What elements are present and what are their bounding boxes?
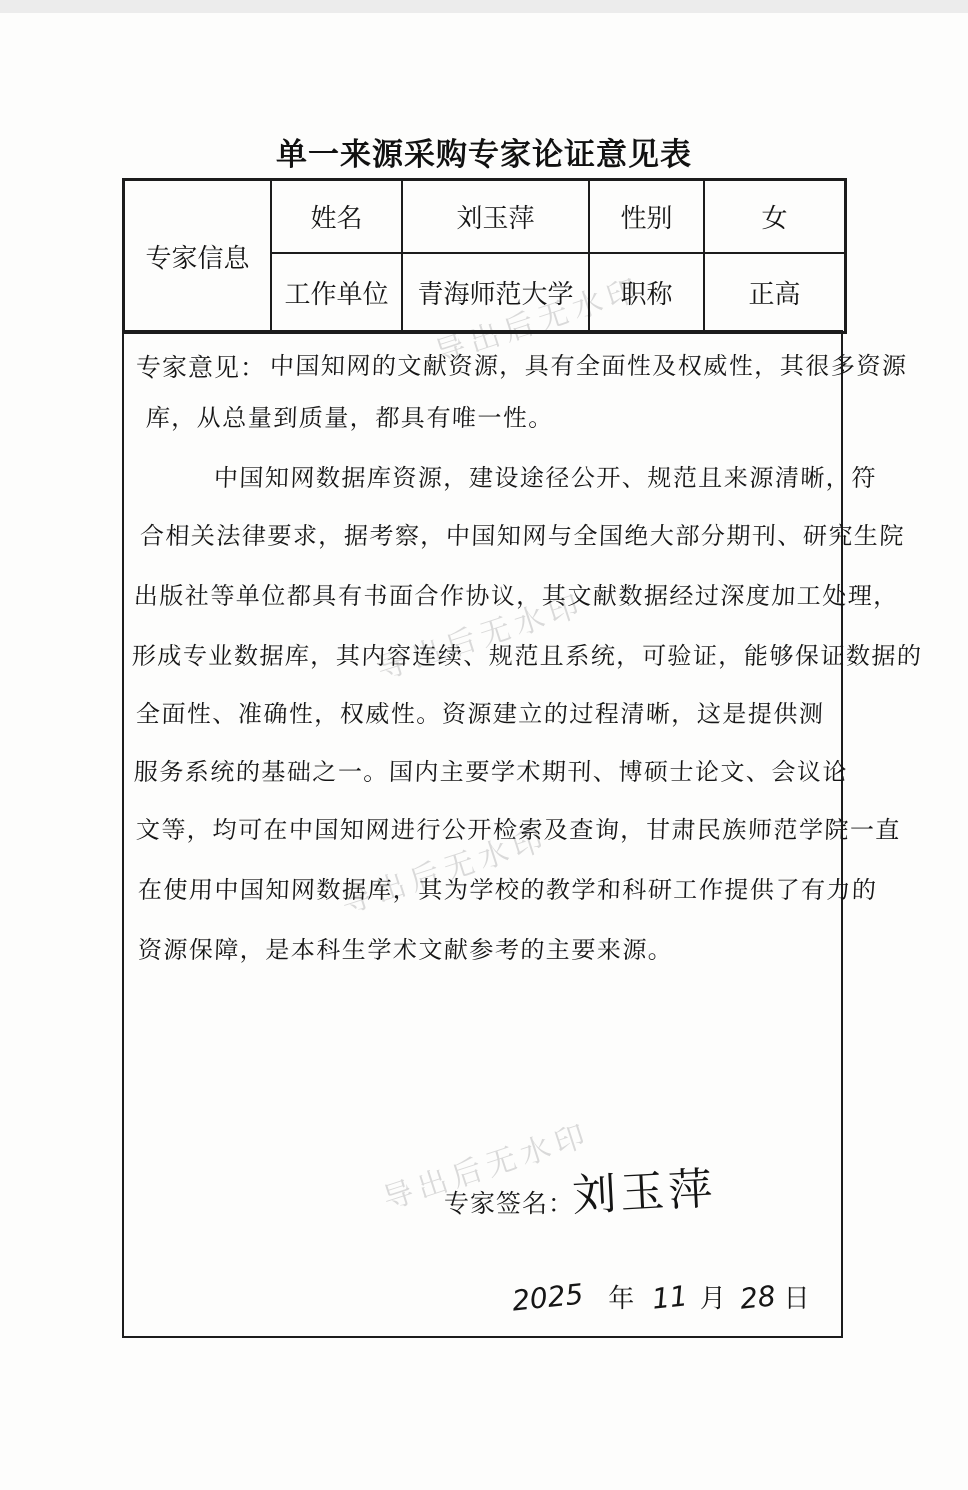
handwritten-line: 全面性、准确性，权威性。资源建立的过程清晰，这是提供测	[135, 694, 825, 729]
title-value: 正高	[704, 253, 845, 332]
work-unit-value: 青海师范大学	[402, 253, 589, 332]
handwritten-line: 合相关法律要求，据考察，中国知网与全国绝大部分期刊、研究生院	[139, 516, 905, 551]
date-month-label: 月	[700, 1278, 726, 1315]
date-month-value: 11	[651, 1279, 690, 1316]
signature-label: 专家签名：	[444, 1184, 574, 1220]
handwritten-line: 形成专业数据库，其内容连续、规范且系统，可验证，能够保证数据的	[131, 636, 923, 671]
scanned-document-page: 导出后无水印 导出后无水印 导出后无水印 导出后无水印 单一来源采购专家论证意见…	[0, 0, 968, 1490]
name-label: 姓名	[271, 180, 402, 253]
handwritten-line: 库，从总量到质量，都具有唯一性。	[145, 398, 554, 433]
opinion-label: 专家意见：	[136, 348, 266, 384]
name-value: 刘玉萍	[402, 180, 589, 253]
gender-value: 女	[704, 180, 845, 253]
handwritten-line: 在使用中国知网数据库，其为学校的教学和科研工作提供了有力的	[137, 870, 878, 905]
expert-info-group-label: 专家信息	[124, 180, 271, 332]
date-day-label: 日	[784, 1278, 810, 1315]
date-year-label: 年	[608, 1278, 634, 1315]
date-year-value: 2025	[510, 1277, 584, 1317]
page-title: 单一来源采购专家论证意见表	[0, 129, 968, 174]
work-unit-label: 工作单位	[271, 253, 402, 332]
scan-edge-band	[0, 0, 968, 13]
date-line: 2025 年 11 月 28 日	[512, 1278, 810, 1315]
gender-label: 性别	[589, 180, 704, 253]
handwritten-line: 中国知网的文献资源，具有全面性及权威性，其很多资源	[269, 346, 908, 381]
handwritten-line: 出版社等单位都具有书面合作协议，其文献数据经过深度加工处理，	[133, 576, 899, 611]
expert-signature: 刘玉萍	[570, 1152, 717, 1223]
expert-opinion-cell: 专家意见： 中国知网的文献资源，具有全面性及权威性，其很多资源 库，从总量到质量…	[122, 330, 843, 1338]
date-day-value: 28	[738, 1279, 777, 1316]
expert-info-table: 专家信息 姓名 刘玉萍 性别 女 工作单位 青海师范大学 职称 正高	[122, 178, 847, 334]
title-label: 职称	[589, 253, 704, 332]
handwritten-line: 服务系统的基础之一。国内主要学术期刊、博硕士论文、会议论	[133, 752, 848, 787]
handwritten-line: 文等，均可在中国知网进行公开检索及查询，甘肃民族师范学院一直	[135, 810, 901, 845]
handwritten-line: 资源保障，是本科生学术文献参考的主要来源。	[137, 930, 674, 965]
handwritten-line: 中国知网数据库资源，建设途径公开、规范且来源清晰，符	[213, 458, 877, 493]
